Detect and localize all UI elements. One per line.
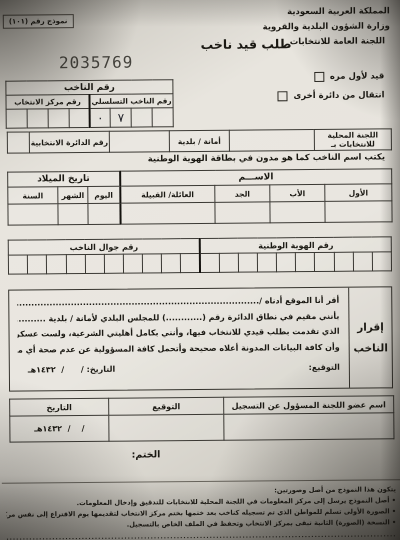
form-sheet: المملكة العربية السعودية وزارة الشؤون ال…	[0, 0, 400, 540]
declaration-date: التاريخ: / / ١٤٣٢هـ	[28, 362, 115, 378]
name-dob-table: الاســـم تاريخ الميلاد الأول الأب الجد ا…	[7, 168, 392, 225]
first-time-label: قيد لأول مره	[330, 71, 385, 81]
year-header: السنة	[8, 187, 58, 204]
option-first-time: قيد لأول مره	[277, 71, 384, 82]
transfer-label: انتقال من دائرة أخرى	[293, 90, 384, 101]
id-digit-cell	[296, 252, 315, 271]
footer-notes: يتكون هذا النموذج من أصل وصورتين: • أصل …	[6, 484, 396, 540]
father-name-input	[270, 201, 325, 222]
day-header: اليوم	[88, 186, 120, 203]
kingdom-line: المملكة العربية السعودية	[262, 4, 389, 20]
month-header: الشهر	[58, 186, 88, 203]
id-digit-cell	[257, 253, 276, 272]
id-digit-cell	[277, 253, 296, 272]
mobile-digit-cell	[181, 253, 200, 272]
date-value: / / ١٤٣٢هـ	[28, 365, 84, 374]
grandfather-name-input	[215, 202, 270, 223]
id-digit-cell	[353, 252, 372, 271]
year-input	[8, 204, 58, 225]
center-digit-cell	[27, 109, 48, 128]
center-number-header: رقم مركز الانتخاب	[6, 94, 90, 109]
ministry-line: وزارة الشؤون البلدية والقروية	[263, 19, 390, 35]
official-signature-header: التوقيع	[109, 397, 224, 415]
id-digit-cell	[238, 253, 257, 272]
mobile-digit-cell	[123, 254, 142, 273]
serial-digit-cell: ٠	[90, 108, 111, 127]
id-mobile-table: رقم الهوية الوطنية رقم جوال الناخب	[8, 236, 392, 274]
district-number-input	[7, 132, 29, 153]
official-date-value: / / ١٤٣٢هـ	[10, 415, 109, 442]
municipality-label: أمانة / بلدية	[169, 130, 229, 152]
declaration-side-line1: إقرار	[357, 321, 384, 333]
first-time-checkbox[interactable]	[314, 72, 324, 82]
photographed-form: المملكة العربية السعودية وزارة الشؤون ال…	[0, 0, 400, 540]
declaration-line4: وأن كافة البيانات المدونة أعلاه صحيحة وأ…	[18, 339, 340, 357]
father-name-header: الأب	[270, 184, 325, 201]
local-committee-input	[229, 129, 314, 151]
mobile-digit-cell	[104, 254, 123, 273]
voter-number-table: رقم الناخب رقم الناخب التسلسلي رقم مركز …	[5, 79, 173, 128]
id-digit-cell	[315, 252, 334, 271]
local-committee-label: اللجنة المحلية للانتخابات بـ	[314, 129, 391, 151]
date-label: التاريخ:	[87, 365, 116, 374]
serial-digit-cell	[131, 108, 152, 127]
dob-header: تاريخ الميلاد	[8, 171, 120, 187]
official-name-input	[224, 413, 394, 440]
day-input	[88, 203, 120, 224]
official-name-header: اسم عضو اللجنة المسؤول عن التسجيل	[224, 396, 394, 414]
mobile-digit-cell	[8, 255, 27, 274]
name-instruction: يكتب اسم الناخب كما هو مدون في بطاقة اله…	[148, 152, 385, 164]
center-digit-cell	[69, 108, 90, 127]
voter-number-title: رقم الناخب	[6, 80, 173, 95]
declaration-line1: أقر أنا الموقع أدناه /..................…	[17, 293, 339, 311]
family-name-header: العائلة/ القبيلة	[120, 185, 215, 203]
form-number-box: نموذج رقم (١٠١)	[3, 14, 74, 29]
month-input	[58, 203, 88, 224]
serial-digit-cell: ٧	[110, 108, 131, 127]
mobile-digit-cell	[143, 254, 162, 273]
id-digit-cell	[372, 252, 391, 271]
stamp-label: الختم:	[132, 449, 161, 460]
mobile-digit-cell	[66, 255, 85, 274]
declaration-signature-row: التوقيع: التاريخ: / / ١٤٣٢هـ	[18, 360, 340, 378]
registration-official-table: اسم عضو اللجنة المسؤول عن التسجيل التوقي…	[9, 395, 394, 442]
mobile-digit-cell	[47, 255, 66, 274]
center-digit-cell	[6, 109, 27, 128]
mobile-digit-cell	[28, 255, 47, 274]
option-transfer: انتقال من دائرة أخرى	[277, 90, 384, 101]
district-number-label: رقم الدائرة الانتخابية	[29, 131, 109, 153]
declaration-text: أقر أنا الموقع أدناه /..................…	[9, 288, 349, 391]
mobile-digit-cell	[162, 254, 181, 273]
section-divider	[2, 479, 400, 483]
form-title: طلب قيد ناخب	[190, 36, 302, 52]
serial-digit-cell	[152, 108, 173, 127]
serial-number-header: رقم الناخب التسلسلي	[89, 94, 173, 109]
transfer-checkbox[interactable]	[277, 91, 287, 101]
id-digit-cell	[334, 252, 353, 271]
national-id-label: رقم الهوية الوطنية	[200, 237, 392, 254]
center-digit-cell	[48, 109, 69, 128]
registration-type-options: قيد لأول مره انتقال من دائرة أخرى	[277, 71, 384, 101]
declaration-side-label: إقرار الناخب	[348, 287, 392, 387]
id-digit-cell	[200, 253, 219, 272]
mobile-digit-cell	[85, 254, 104, 273]
serial-number: 2035769	[40, 52, 152, 72]
grandfather-name-header: الجد	[215, 185, 270, 202]
family-name-input	[120, 202, 215, 224]
official-date-header: التاريخ	[10, 398, 109, 416]
voter-declaration-box: إقرار الناخب أقر أنا الموقع أدناه /.....…	[8, 286, 393, 391]
id-digit-cell	[219, 253, 238, 272]
official-signature-input	[109, 414, 224, 441]
local-committee-table: اللجنة المحلية للانتخابات بـ أمانة / بلد…	[7, 128, 392, 153]
mobile-label: رقم جوال الناخب	[8, 239, 200, 256]
first-name-header: الأول	[325, 184, 392, 202]
first-name-input	[325, 201, 392, 223]
declaration-side-line2: الناخب	[353, 342, 388, 354]
signature-label: التوقيع:	[309, 360, 340, 376]
municipality-input	[109, 131, 169, 153]
